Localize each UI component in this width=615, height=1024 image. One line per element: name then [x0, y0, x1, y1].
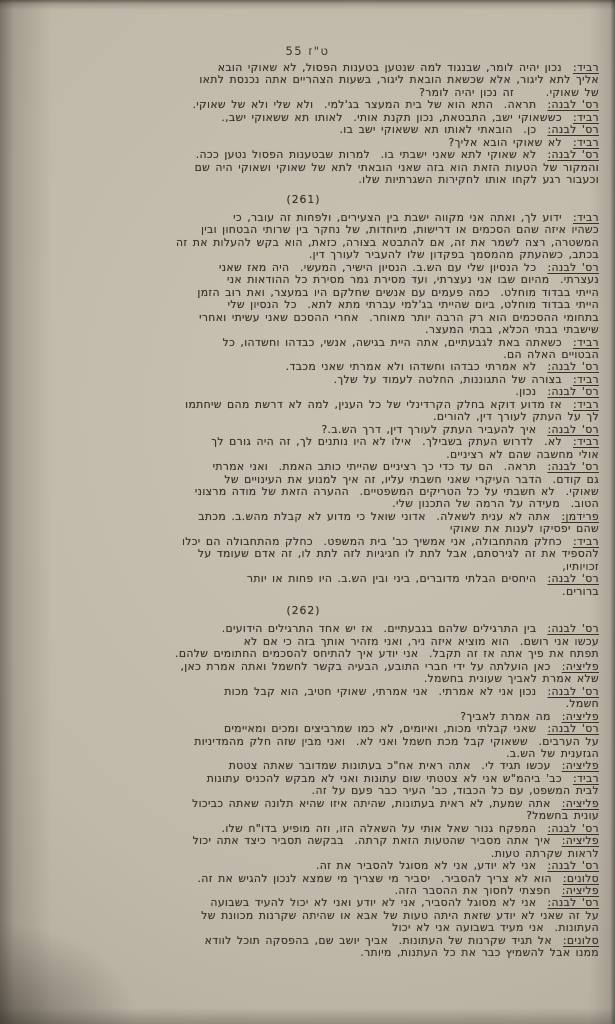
- transcript-line: פליציה:אתה שמעת, לא ראית בעתונות, שהיתה …: [8, 798, 599, 810]
- line-text: תפתח את פיך אתה אז זה תקבל. אני יודע איך…: [175, 647, 599, 660]
- line-text: המפקח גנור שאל אותי על השאלה הזו, וזה מו…: [222, 822, 537, 835]
- line-text: אתה לא ענית לשאלה. אדוני שואל כי מדוע לא…: [198, 510, 550, 523]
- line-text: כחלק מהתחבולה, אני אמשיך כב' בית המשפט. …: [182, 535, 562, 548]
- speaker-label: רס' לבנה:: [547, 123, 599, 136]
- line-text: אני לא יודע, אני לא מסוגל להסביר את זה.: [316, 859, 537, 872]
- line-text: כשהיו איזה שהם הסכמים או דרישות, מיוחדות…: [201, 223, 599, 236]
- line-text: מה אמרת לאביך?: [460, 710, 550, 723]
- line-text: כב' ביהמ"ש אני לא צטטתי שום עתונות ואני …: [207, 772, 562, 785]
- page-number: ט"ז 55: [0, 44, 615, 58]
- line-text: עכשו אני רושם. הוא מוציא איזה ניר, ואני …: [244, 635, 599, 648]
- speaker-label: פליציה:: [562, 660, 599, 673]
- line-text: כל הנסיון שלי עם הש.ב. הנסיון הישיר, המע…: [219, 261, 536, 274]
- line-text: אתה שמעת, לא ראית בעתונות, שהיתה איזו שה…: [192, 797, 551, 810]
- line-text: אז מדוע דוקא בחלק הקרדינלי של כל הענין, …: [185, 398, 562, 411]
- line-text: כן. הובאתי לאותו תא ששאוקי ישב בו.: [340, 123, 537, 136]
- line-text: שאוקי. לא חשבתי על כל הטריקים המשפטיים. …: [195, 485, 599, 498]
- speaker-label: פרידמן:: [561, 510, 599, 523]
- speaker-label: פליציה:: [562, 884, 599, 897]
- line-text: הבטויים האלה הם.: [503, 348, 599, 361]
- speaker-label: פליציה:: [562, 759, 599, 772]
- line-text: המשטרה, רצה לשמר את זה, אם להתבטא בצורה,…: [176, 236, 599, 249]
- line-text: הטוב. מעידה על הרמה של התכנון שלי.: [392, 497, 599, 510]
- speaker-label: רס' לבנה:: [547, 460, 599, 473]
- speaker-label: רס' לבנה:: [547, 622, 599, 635]
- line-text: כאן הועלתה על ידי חברי התובע, הבעיה בקשר…: [180, 660, 550, 673]
- line-text: שהם יפסיקו לענות את שאוקי: [450, 522, 599, 535]
- line-text: כששאוקי ישב, התבטאת, נכון תקנת אותי. לאו…: [221, 111, 562, 124]
- line-text: כשאתה באת לגבעתיים, אתה היית בגישה, אנשי…: [223, 336, 562, 349]
- speaker-label: רס' לבנה:: [547, 859, 599, 872]
- speaker-label: סלונים:: [563, 872, 599, 885]
- line-text: אל תגיד שקרנות של העתונות. אביך יושב שם,…: [205, 934, 552, 947]
- line-text: איך להעביר העתק לעורך דין, דרך הש.ב.?: [321, 423, 536, 436]
- line-text: שלא אמרת לאביך שעונית בחשמל.: [424, 672, 599, 685]
- line-text: שאני קבלתי מכות, ואיומים, לא כמו שמרביצי…: [224, 722, 536, 735]
- speaker-label: פליציה:: [562, 710, 599, 723]
- speaker-label: רביד:: [573, 398, 599, 411]
- line-text: על זה שאני לא יודע שזאת היתה טעות של אבא…: [201, 909, 599, 922]
- speaker-label: רס' לבנה:: [547, 722, 599, 735]
- line-text: שישבתי בבתי הכלא, בבתי המעצר.: [425, 323, 599, 336]
- transcript: רביד:נכון יהיה לומר, שבנגוד למה שנטען בט…: [8, 62, 599, 960]
- speaker-label: רס' לבנה:: [547, 360, 599, 373]
- speaker-label: רביד:: [573, 211, 599, 224]
- speaker-label: רס' לבנה:: [547, 423, 599, 436]
- line-text: נכון יהיה לומר, שבנגוד למה שנטען בטענות …: [218, 61, 562, 74]
- speaker-label: רס' לבנה:: [547, 261, 599, 274]
- line-text: הוא לא צריך להסביר. יסביר מי שצריך מי שמ…: [198, 872, 552, 885]
- speaker-label: רביד:: [573, 435, 599, 448]
- line-text: הייתי בבדוד מוחלט. כמה פעמים עם אנשים שח…: [197, 286, 599, 299]
- speaker-label: רביד:: [573, 61, 599, 74]
- line-text: נעצרתי. מהיום שבו אני נעצרתי, ועד מסירת …: [227, 273, 599, 286]
- line-text: ידוע לך, ואתה אני מקווה ישבת בין הצעירים…: [233, 211, 562, 224]
- line-text: נכון אני לא אמרתי. אני אמרתי, שאוקי חטיב…: [224, 685, 536, 698]
- line-text: העתונות. אני מעיד בשבועה אני לא יכול: [392, 921, 599, 934]
- line-text: הייתי בבדוד מוחלט, ביום שהייתי בג'למי עב…: [228, 298, 599, 311]
- line-text: תראה. הם עד כדי כך רציניים שהייתי כותב ה…: [213, 460, 537, 473]
- line-text: וכעבור רגע לקחו אותו לחקירות השגרתיות של…: [358, 173, 599, 186]
- transcript-line: להספיד את זה לגירסתם, אבל לתת לו חגיגיות…: [8, 548, 599, 560]
- speaker-label: רביד:: [573, 336, 599, 349]
- speaker-label: רביד:: [573, 136, 599, 149]
- document-page: ט"ז 55 רביד:נכון יהיה לומר, שבנגוד למה ש…: [0, 0, 615, 1024]
- line-text: עונית בחשמל?: [526, 809, 599, 822]
- line-text: איך אתה מסביר שהטעות הזאת קרתה. בבקשה תס…: [193, 834, 551, 847]
- section-number: (261): [8, 194, 599, 206]
- line-text: חשמל.: [566, 697, 599, 710]
- line-text: בצורה של התגוננות, החלטה לעמוד על שלך.: [334, 373, 562, 386]
- line-text: בין התרגילים שלהם בגבעתיים. אז יש אחד הת…: [222, 622, 537, 635]
- transcript-line: ממנו אבל להשמיץ כבר את כל העתנות, מיותר.: [8, 947, 599, 959]
- line-text: על הערבים. ששאוקי קבל מכת חשמל ואני לא. …: [194, 735, 599, 748]
- line-text: בכתב, כשהעתק מהמסמך בפקדון שלו להעביר לע…: [309, 248, 599, 261]
- speaker-label: רביד:: [573, 772, 599, 785]
- speaker-label: רביד:: [573, 373, 599, 386]
- speaker-label: פליציה:: [562, 834, 599, 847]
- speaker-label: סלונים:: [563, 934, 599, 947]
- line-text: בתחומי ההסכמים הוא רק הרבה יותר מאוחר. א…: [199, 311, 599, 324]
- speaker-label: רס' לבנה:: [547, 822, 599, 835]
- transcript-line: ברורים.: [8, 586, 599, 598]
- section-number-text: (262): [286, 604, 320, 617]
- transcript-line: רביד:בצורה של התגוננות, החלטה לעמוד על ש…: [8, 374, 599, 386]
- line-text: ברורים.: [562, 585, 599, 598]
- speaker-label: רס' לבנה:: [547, 98, 599, 111]
- speaker-label: רס' לבנה:: [547, 896, 599, 909]
- line-text: לראות שקרתה טעות.: [491, 847, 599, 860]
- line-text: נכון.: [515, 385, 536, 398]
- line-text: של שאוקי. זה נכון יהיה לומר?: [419, 86, 599, 99]
- line-text: אני לא מסוגל להסביר, אני לא יודע ואני לא…: [210, 896, 536, 909]
- line-text: אולי מחשבה שהם לא רציניים.: [446, 448, 599, 461]
- line-text: והמקור של הטעות הזאת הוא בזה שאני הובאתי…: [195, 161, 599, 174]
- line-text: אליך לתא ליגור, אלא שכשאת הובאת ליגור, ב…: [199, 73, 599, 86]
- speaker-label: רס' לבנה:: [547, 385, 599, 398]
- line-text: תראה. התא הוא של בית המעצר בג'למי. ולא ש…: [193, 98, 537, 111]
- speaker-label: רס' לבנה:: [547, 148, 599, 161]
- transcript-line: וכעבור רגע לקחו אותו לחקירות השגרתיות של…: [8, 174, 599, 186]
- transcript-line: רס' לבנה:נכון אני לא אמרתי. אני אמרתי, ש…: [8, 686, 599, 698]
- line-text: זכויותיו,: [562, 560, 599, 573]
- line-text: חפצתי לחסוך את ההסבר הזה.: [395, 884, 551, 897]
- line-text: לא שאוקי הובא אליך?: [449, 136, 562, 149]
- line-text: היחסים הבלתי מדוברים, ביני ובין הש.ב. הי…: [247, 572, 537, 585]
- line-text: לא אמרתי כבדהו וחשדהו ולא אמרתי שאני מכב…: [286, 360, 537, 373]
- speaker-label: רס' לבנה:: [547, 572, 599, 585]
- transcript-line: רס' לבנה:היחסים הבלתי מדוברים, ביני ובין…: [8, 573, 599, 585]
- speaker-label: רביד:: [573, 111, 599, 124]
- speaker-label: רס' לבנה:: [547, 685, 599, 698]
- line-text: עכשו תגיד לי. אתה ראית אח"כ בעתונות שמדו…: [229, 759, 551, 772]
- speaker-label: פליציה:: [562, 797, 599, 810]
- line-text: לבית המשפט, עם כל הכבוד, כב' העיר כבר פע…: [312, 784, 599, 797]
- speaker-label: רביד:: [573, 535, 599, 548]
- line-text: לך על העתק לעורך דין, להורים.: [433, 410, 599, 423]
- line-text: גם קודם. הדבר העיקרי שאני חשבתי עליו, זה…: [224, 473, 599, 486]
- section-number-text: (261): [286, 193, 320, 206]
- line-text: להספיד את זה לגירסתם, אבל לתת לו חגיגיות…: [198, 547, 599, 560]
- line-text: ממנו אבל להשמיץ כבר את כל העתנות, מיותר.: [360, 946, 599, 959]
- line-text: לא שאוקי לתא שאני ישבתי בו. למרות שבטענו…: [196, 148, 537, 161]
- line-text: לא. לדרוש העתק בשבילך. אילו לא היו נותני…: [211, 435, 562, 448]
- line-text: הגזענית של הש.ב.: [506, 747, 599, 760]
- section-number: (262): [8, 605, 599, 617]
